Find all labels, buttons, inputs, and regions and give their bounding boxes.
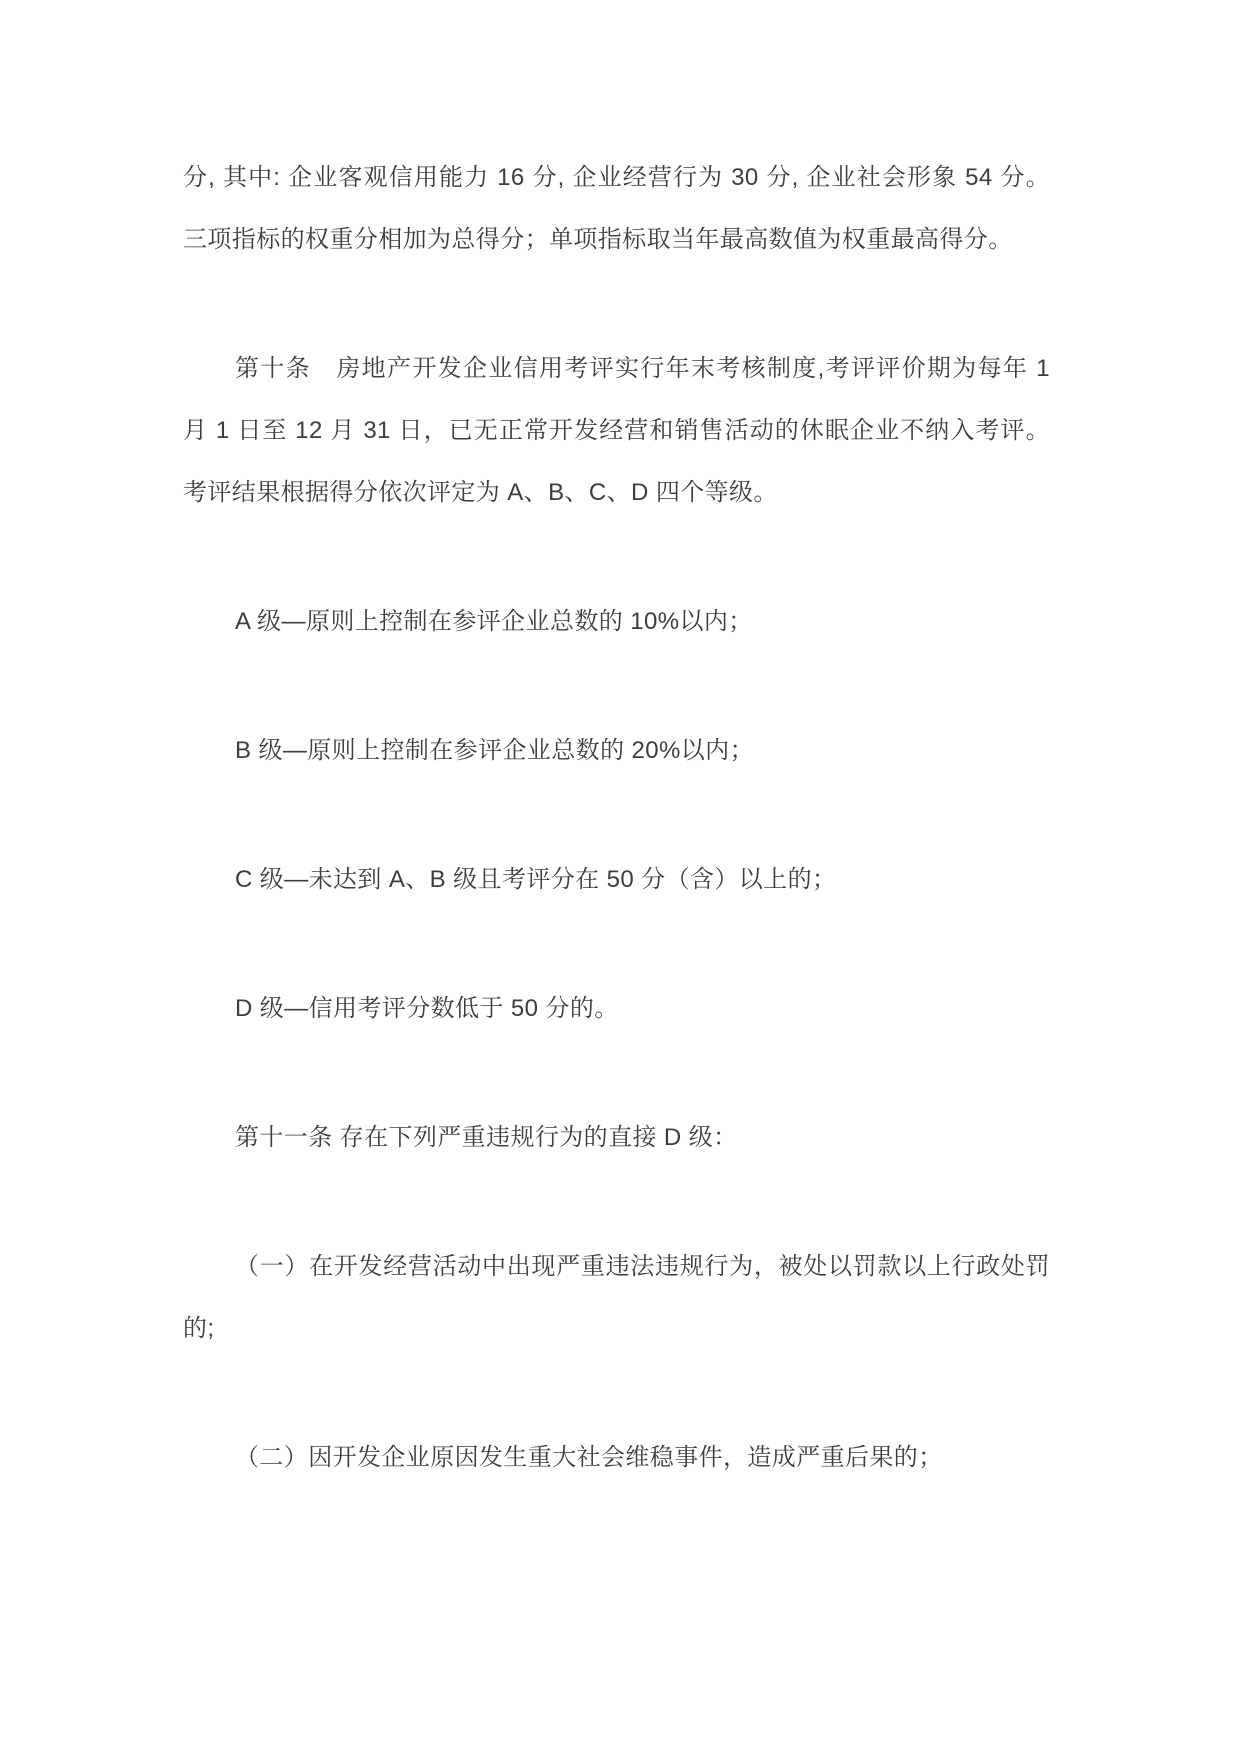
para-score-weights-line-1: 分, 其中: 企业客观信用能力 16 分, 企业经营行为 30 分, 企业社会形… (183, 147, 1050, 209)
para-grade-d-line-1: D 级—信用考评分数低于 50 分的。 (183, 978, 1050, 1040)
para-item-1-line-2: 的; (183, 1298, 1050, 1360)
para-grade-d: D 级—信用考评分数低于 50 分的。 (183, 978, 1050, 1040)
para-item-1: （一）在开发经营活动中出现严重违法违规行为，被处以罚款以上行政处罚的; (183, 1236, 1050, 1360)
para-grade-c: C 级—未达到 A、B 级且考评分在 50 分（含）以上的； (183, 849, 1050, 911)
para-grade-c-line-1: C 级—未达到 A、B 级且考评分在 50 分（含）以上的； (183, 849, 1050, 911)
para-article-10-line-3: 考评结果根据得分依次评定为 A、B、C、D 四个等级。 (183, 462, 1050, 524)
document-content: 分, 其中: 企业客观信用能力 16 分, 企业经营行为 30 分, 企业社会形… (0, 0, 1241, 1754)
para-article-10-line-2: 月 1 日至 12 月 31 日，已无正常开发经营和销售活动的休眠企业不纳入考评… (183, 400, 1050, 462)
para-grade-a: A 级—原则上控制在参评企业总数的 10%以内； (183, 591, 1050, 653)
para-grade-b: B 级—原则上控制在参评企业总数的 20%以内； (183, 720, 1050, 782)
para-article-11-line-1: 第十一条 存在下列严重违规行为的直接 D 级： (183, 1107, 1050, 1169)
para-article-11: 第十一条 存在下列严重违规行为的直接 D 级： (183, 1107, 1050, 1169)
para-item-1-line-1: （一）在开发经营活动中出现严重违法违规行为，被处以罚款以上行政处罚 (183, 1236, 1050, 1298)
para-score-weights-line-2: 三项指标的权重分相加为总得分；单项指标取当年最高数值为权重最高得分。 (183, 209, 1050, 271)
para-score-weights: 分, 其中: 企业客观信用能力 16 分, 企业经营行为 30 分, 企业社会形… (183, 147, 1050, 271)
para-grade-b-line-1: B 级—原则上控制在参评企业总数的 20%以内； (183, 720, 1050, 782)
para-item-2: （二）因开发企业原因发生重大社会维稳事件，造成严重后果的； (183, 1427, 1050, 1489)
para-article-10-line-1: 第十条 房地产开发企业信用考评实行年末考核制度,考评评价期为每年 1 (183, 338, 1050, 400)
para-grade-a-line-1: A 级—原则上控制在参评企业总数的 10%以内； (183, 591, 1050, 653)
document-page: 分, 其中: 企业客观信用能力 16 分, 企业经营行为 30 分, 企业社会形… (0, 0, 1241, 1754)
para-item-2-line-1: （二）因开发企业原因发生重大社会维稳事件，造成严重后果的； (183, 1427, 1050, 1489)
para-article-10: 第十条 房地产开发企业信用考评实行年末考核制度,考评评价期为每年 1月 1 日至… (183, 338, 1050, 524)
